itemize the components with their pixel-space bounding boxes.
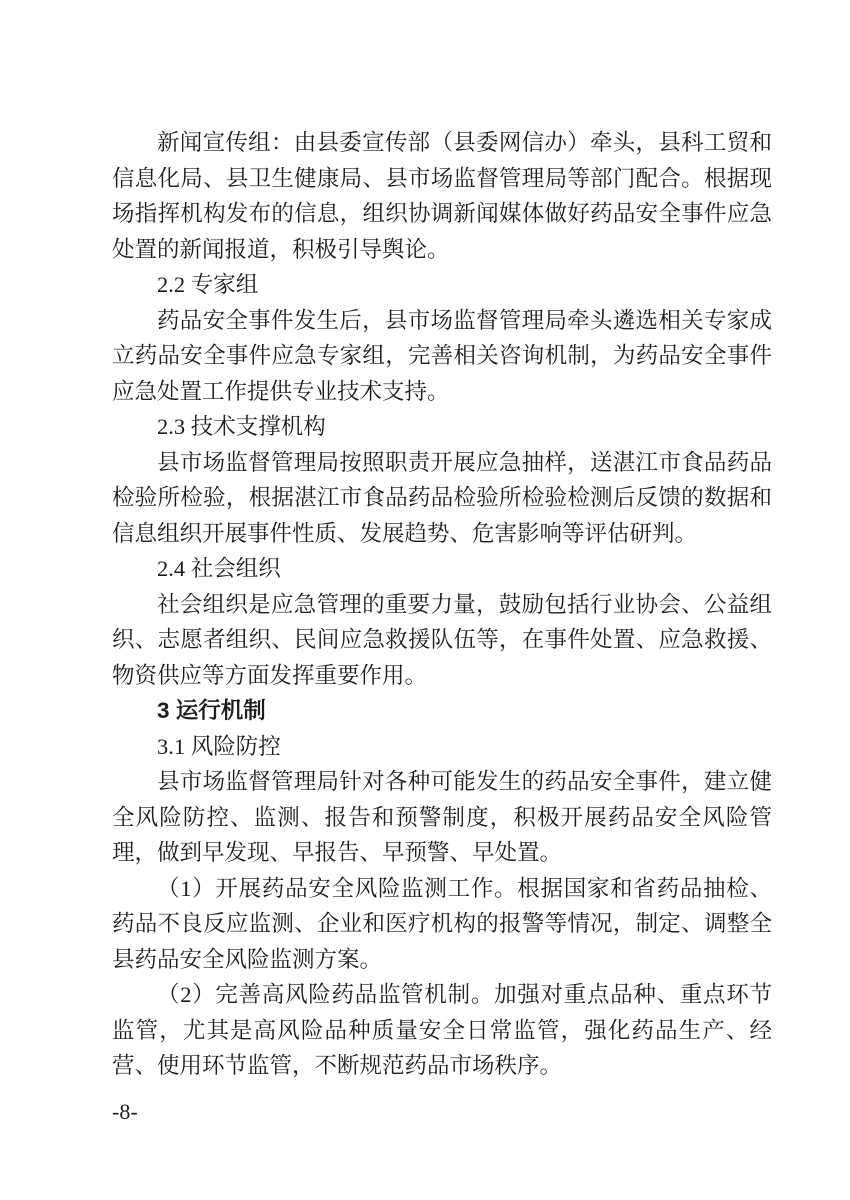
section-heading: 2.4 社会组织 xyxy=(112,551,772,587)
paragraph: 社会组织是应急管理的重要力量，鼓励包括行业协会、公益组织、志愿者组织、民间应急救… xyxy=(112,587,772,694)
paragraph: （2）完善高风险药品监管机制。加强对重点品种、重点环节监管，尤其是高风险品种质量… xyxy=(112,977,772,1084)
section-heading: 2.2 专家组 xyxy=(112,267,772,303)
page-number: -8- xyxy=(112,1097,138,1127)
paragraph: 药品安全事件发生后，县市场监督管理局牵头遴选相关专家成立药品安全事件应急专家组，… xyxy=(112,303,772,410)
chapter-heading: 3 运行机制 xyxy=(112,693,772,729)
section-heading: 2.3 技术支撑机构 xyxy=(112,409,772,445)
document-body: 新闻宣传组：由县委宣传部（县委网信办）牵头，县科工贸和信息化局、县卫生健康局、县… xyxy=(112,125,772,1084)
paragraph: 县市场监督管理局按照职责开展应急抽样，送湛江市食品药品检验所检验，根据湛江市食品… xyxy=(112,445,772,552)
document-page: 新闻宣传组：由县委宣传部（县委网信办）牵头，县科工贸和信息化局、县卫生健康局、县… xyxy=(0,0,850,1200)
paragraph: 县市场监督管理局针对各种可能发生的药品安全事件，建立健全风险防控、监测、报告和预… xyxy=(112,764,772,871)
paragraph: 新闻宣传组：由县委宣传部（县委网信办）牵头，县科工贸和信息化局、县卫生健康局、县… xyxy=(112,125,772,267)
section-heading: 3.1 风险防控 xyxy=(112,729,772,765)
paragraph: （1）开展药品安全风险监测工作。根据国家和省药品抽检、药品不良反应监测、企业和医… xyxy=(112,871,772,978)
